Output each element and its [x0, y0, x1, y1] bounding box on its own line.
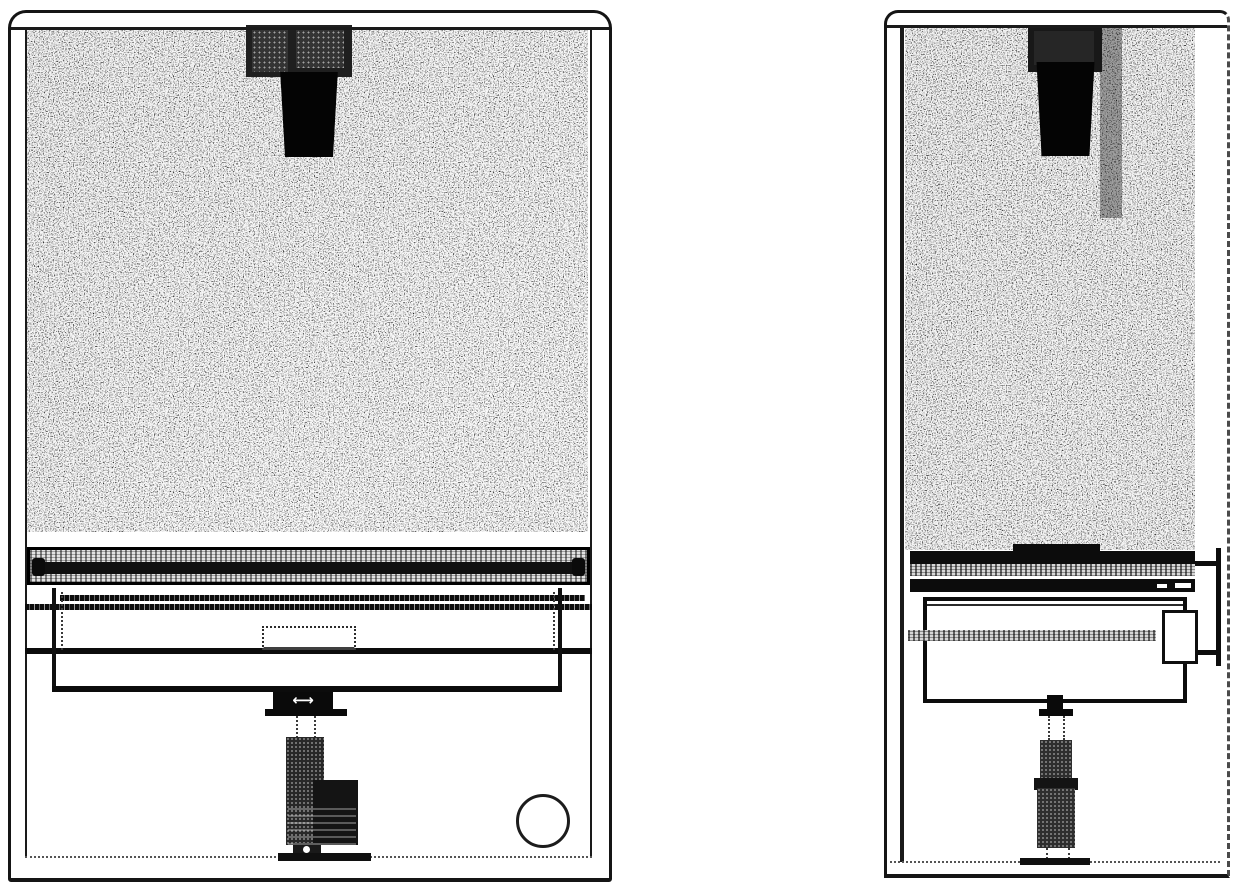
shaft-highlight-2 [1157, 584, 1167, 588]
drive-link-dotted-right [1063, 716, 1065, 740]
travel-arrow-icon: ⟷ [292, 693, 314, 708]
platform-slot-outline [262, 626, 356, 650]
front-view-apparatus: ⟷ [8, 10, 612, 882]
inner-top-rail [887, 25, 1227, 28]
platform-guide-dotted-left [61, 592, 63, 650]
inner-right-rail [590, 28, 592, 858]
roller-texture-band [910, 564, 1195, 576]
drive-link-dotted-right [314, 716, 316, 738]
side-view-apparatus [884, 10, 1230, 878]
inner-top-rail [11, 27, 609, 30]
platform-box-side [923, 597, 1187, 703]
motor-vents [288, 807, 356, 845]
platform-wall-left [52, 588, 56, 690]
platform-notch-block [1162, 610, 1198, 664]
pedestal-flange [265, 709, 347, 716]
roller-end-right [572, 558, 585, 576]
side-bracket-vertical [1216, 548, 1221, 666]
head-carriage-bracket [246, 25, 352, 77]
motor-lower-side [1037, 788, 1075, 848]
platform-wall-right [558, 588, 562, 690]
shaft-highlight [1175, 583, 1191, 588]
slide-pedestal-side [1047, 695, 1063, 709]
slide-pedestal: ⟷ [273, 692, 333, 709]
foot-bolt-hole [303, 846, 310, 853]
platform-texture-strip [908, 630, 1156, 641]
head-block-right [296, 30, 344, 68]
inner-left-rail [25, 28, 27, 858]
drive-link-dotted-left [296, 716, 298, 738]
vent-circle [516, 794, 570, 848]
motor-baseplate [278, 853, 371, 861]
inner-left-rail [900, 28, 904, 862]
pedestal-flange-side [1039, 709, 1073, 716]
shadow-streak [1100, 28, 1122, 218]
head-nozzle-body [279, 72, 339, 157]
head-block-side [1034, 31, 1094, 65]
roller-bar-upper [910, 551, 1195, 564]
guide-rail-lower [25, 604, 592, 610]
drive-link-dotted-left [1048, 716, 1050, 740]
roller-bar-housing [27, 547, 590, 585]
roller-end-left [32, 558, 45, 576]
motor-baseplate-side [1020, 858, 1090, 865]
head-nozzle-body-side [1034, 62, 1097, 156]
platform-top-line [927, 604, 1183, 606]
roller-bar-lower [910, 579, 1195, 592]
head-block-left [252, 30, 288, 72]
roller-shaft [38, 562, 579, 574]
platform-guide-dotted-right [553, 592, 555, 650]
side-bracket-top-stub [1195, 561, 1216, 566]
guide-rail-upper [60, 595, 585, 601]
diagram-canvas: ⟷ [0, 0, 1239, 893]
